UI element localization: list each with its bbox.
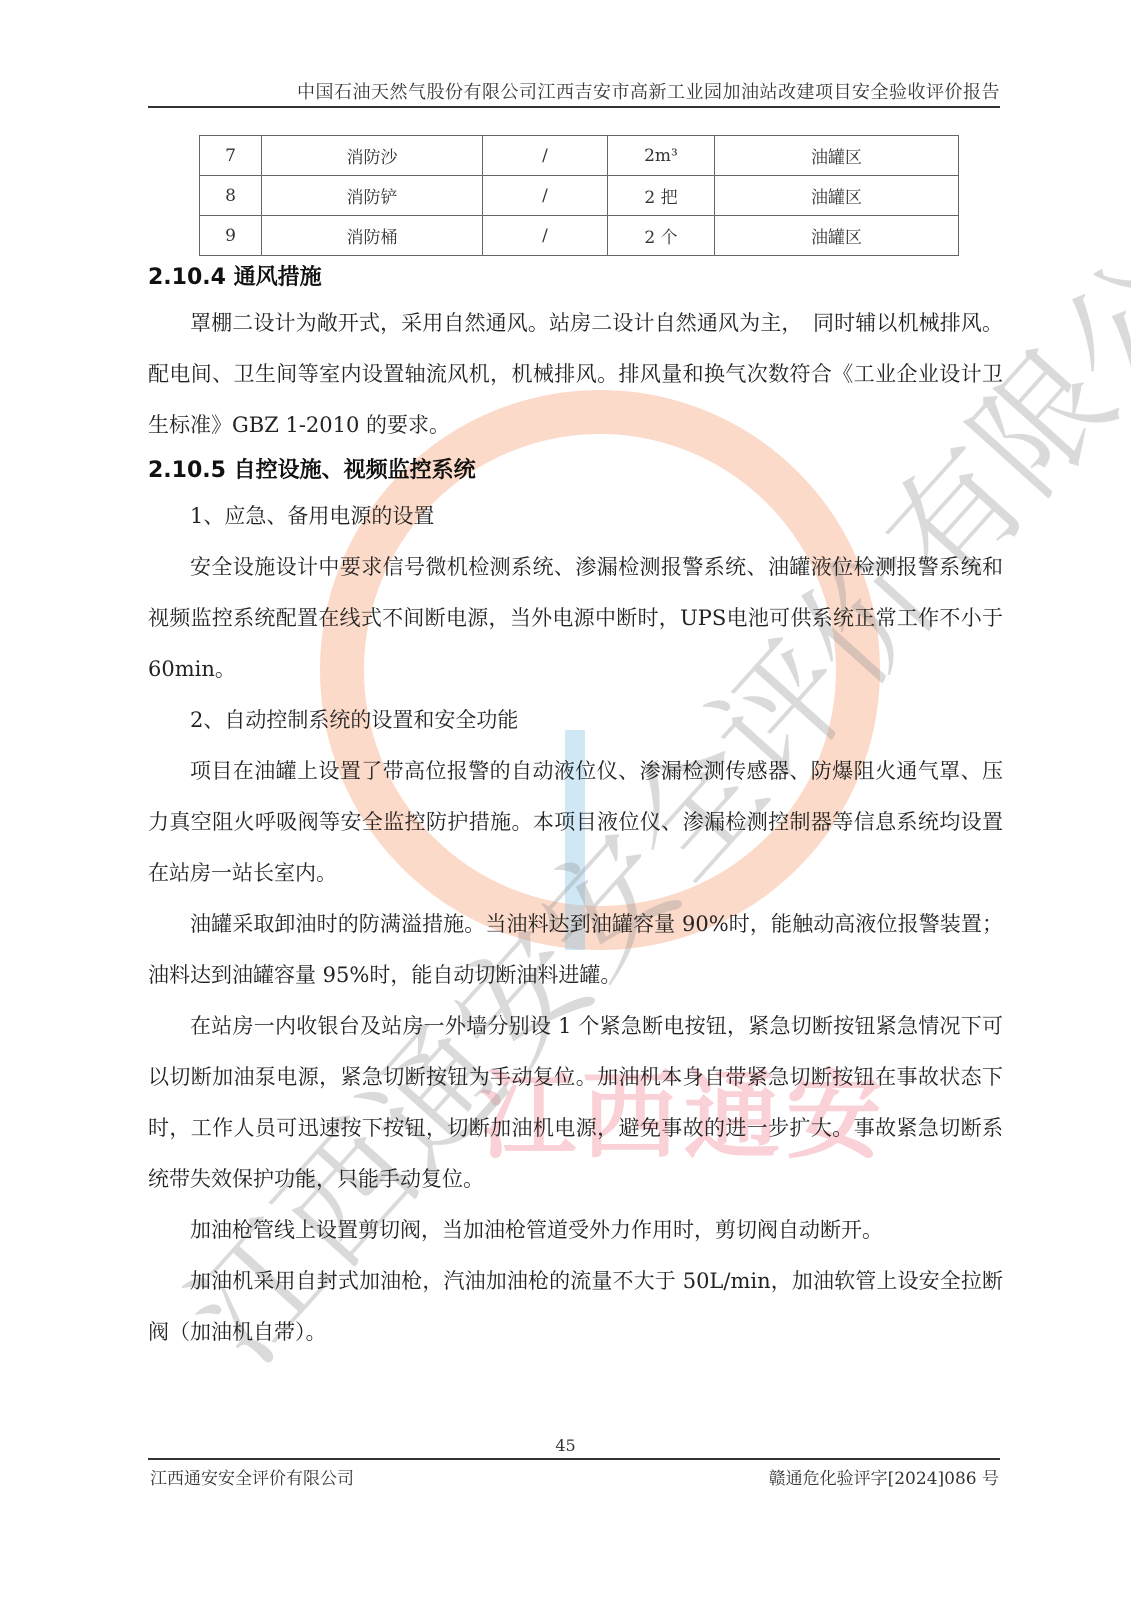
fire-equipment-table: 7 消防沙 / 2m³ 油罐区 8 消防铲 / 2 把 油罐区 9 消防桶 / … <box>199 135 959 256</box>
table-row: 7 消防沙 / 2m³ 油罐区 <box>200 136 959 176</box>
footer-company: 江西通安安全评价有限公司 <box>150 1464 354 1489</box>
document-body: 2.10.4 通风措施 罩棚二设计为敞开式，采用自然通风。站房二设计自然通风为主… <box>148 258 1003 1358</box>
section-heading-automation: 2.10.5 自控设施、视频监控系统 <box>148 453 1003 491</box>
subheading: 2、自动控制系统的设置和安全功能 <box>148 695 1003 746</box>
cell-qty: 2 把 <box>608 176 715 216</box>
footer-doc-number: 赣通危化验评字[2024]086 号 <box>769 1464 999 1489</box>
cell-no: 9 <box>200 216 262 256</box>
paragraph: 罩棚二设计为敞开式，采用自然通风。站房二设计自然通风为主， 同时辅以机械排风。配… <box>148 298 1003 451</box>
cell-name: 消防铲 <box>262 176 483 216</box>
cell-no: 7 <box>200 136 262 176</box>
cell-location: 油罐区 <box>715 176 959 216</box>
cell-spec: / <box>483 216 608 256</box>
header-divider <box>148 106 1000 108</box>
cell-name: 消防桶 <box>262 216 483 256</box>
cell-no: 8 <box>200 176 262 216</box>
cell-location: 油罐区 <box>715 216 959 256</box>
subheading: 1、应急、备用电源的设置 <box>148 491 1003 542</box>
paragraph: 加油枪管线上设置剪切阀，当加油枪管道受外力作用时，剪切阀自动断开。 <box>148 1205 1003 1256</box>
cell-name: 消防沙 <box>262 136 483 176</box>
paragraph: 项目在油罐上设置了带高位报警的自动液位仪、渗漏检测传感器、防爆阻火通气罩、压力真… <box>148 746 1003 899</box>
paragraph: 安全设施设计中要求信号微机检测系统、渗漏检测报警系统、油罐液位检测报警系统和视频… <box>148 542 1003 695</box>
cell-spec: / <box>483 136 608 176</box>
cell-spec: / <box>483 176 608 216</box>
paragraph: 油罐采取卸油时的防满溢措施。当油料达到油罐容量 90%时，能触动高液位报警装置；… <box>148 899 1003 1001</box>
cell-qty: 2 个 <box>608 216 715 256</box>
paragraph: 在站房一内收银台及站房一外墙分别设 1 个紧急断电按钮，紧急切断按钮紧急情况下可… <box>148 1001 1003 1205</box>
section-heading-ventilation: 2.10.4 通风措施 <box>148 260 1003 298</box>
table-row: 8 消防铲 / 2 把 油罐区 <box>200 176 959 216</box>
table-row: 9 消防桶 / 2 个 油罐区 <box>200 216 959 256</box>
paragraph: 加油机采用自封式加油枪，汽油加油枪的流量不大于 50L/min，加油软管上设安全… <box>148 1256 1003 1358</box>
cell-location: 油罐区 <box>715 136 959 176</box>
cell-qty: 2m³ <box>608 136 715 176</box>
page-number: 45 <box>0 1436 1131 1455</box>
footer-divider <box>148 1458 1000 1460</box>
page-header-title: 中国石油天然气股份有限公司江西吉安市高新工业园加油站改建项目安全验收评价报告 <box>150 78 1000 104</box>
